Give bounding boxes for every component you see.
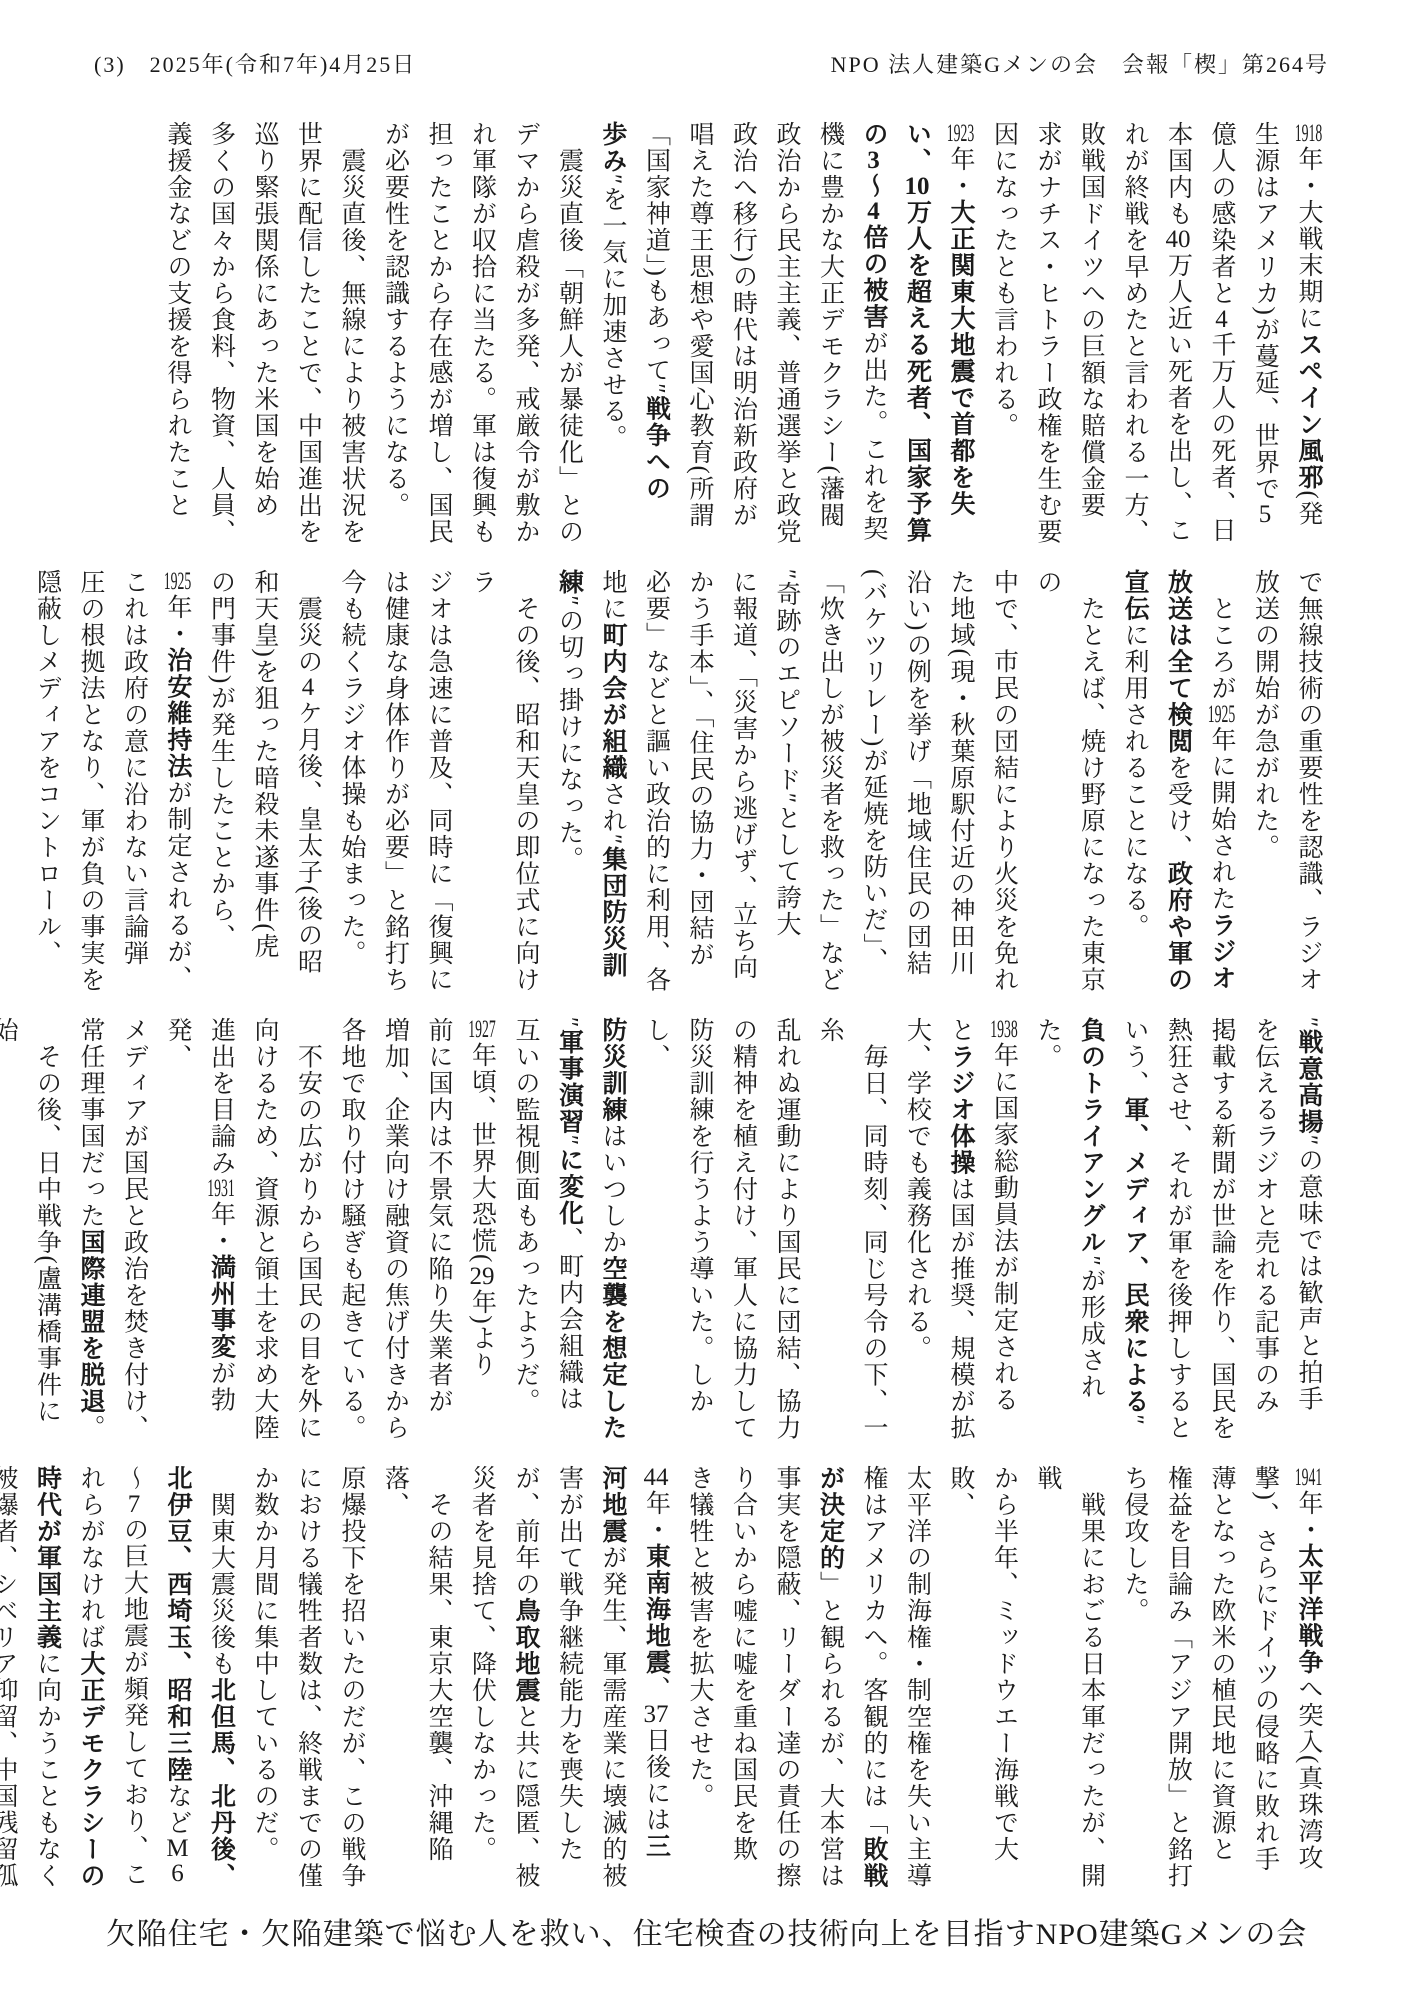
body-text: ″ <box>1295 1017 1322 1029</box>
emphasis-text: 町内会が組織 <box>599 622 626 781</box>
body-text: と <box>947 1017 974 1044</box>
text-column: 1918年・大戦末期にスペイン風邪(発 <box>1287 121 1331 545</box>
text-column: き犠牲と被害を拡大させた。 <box>678 1465 722 1889</box>
text-column: その結果、東京大空襲、沖縄陥落、 <box>373 1465 460 1889</box>
inline-number: 37 <box>643 1702 670 1727</box>
body-text: その結果、東京大空襲、沖縄陥落、 <box>382 1465 453 1863</box>
body-text: 政治へ移行)の時代は明治新政府が <box>730 121 757 528</box>
text-column: 熱狂させ、それが軍を後押しすると <box>1156 1017 1200 1441</box>
text-column: 災者を見捨て、降伏しなかった。 <box>460 1465 504 1889</box>
body-text: デマから虐殺が多発、戒厳令が敷か <box>512 121 539 545</box>
text-column: 求がナチス・ヒトラー政権を生む要 <box>1026 121 1070 545</box>
body-text: 1923年・ <box>947 121 974 199</box>
inline-number: 40 <box>1165 227 1192 252</box>
emphasis-text: 治安維持法 <box>164 647 191 780</box>
emphasis-text: 東南海地震 <box>643 1543 670 1676</box>
body-text: 義援金などの支援を得られたこと <box>164 121 191 519</box>
text-column: 1938年に国家総動員法が制定される <box>982 1017 1026 1441</box>
text-column: 政治へ移行)の時代は明治新政府が <box>721 121 765 545</box>
emphasis-text: 負のトライアングル <box>1078 1017 1105 1256</box>
body-text: は健康な身体作りが必要」と銘打ち <box>382 569 409 993</box>
article-band-2: で無線技術の重要性を認識、ラジオ放送の開始が急がれた。 ところが1925年に開始… <box>112 569 1330 993</box>
inline-number: 7 <box>121 1492 148 1517</box>
emphasis-text: 防災訓練 <box>599 1017 626 1123</box>
text-column: その後、昭和天皇の即位式に向けラ <box>460 569 547 993</box>
emphasis-text: い、10万人を超える死者、国家予算 <box>904 121 931 544</box>
body-text: 震災の4ケ月後、皇太子(後の昭 <box>295 569 322 975</box>
inline-number: 29 <box>469 1264 496 1289</box>
text-column: 進出を目論み1931年・満州事変が勃発、 <box>156 1017 243 1441</box>
inline-number: 1925 <box>164 569 191 594</box>
text-column: 宣伝に利用されることになる。 <box>1113 569 1157 993</box>
page-number-and-date: (3) 2025年(令和7年)4月25日 <box>94 48 416 79</box>
body-text: たとえば、焼け野原になった東京の <box>1034 569 1105 993</box>
text-column: 互いの監視側面もあったようだ。 <box>504 1017 548 1441</box>
text-column: 〜7の巨大地震が頻発しており、こ <box>112 1465 156 1889</box>
body-text: これは政府の意に沿わない言論弾 <box>121 569 148 967</box>
text-column: かう手本」、「住民の協力・団結が <box>678 569 722 993</box>
emphasis-text: 北伊豆、西埼玉、昭和三陸 <box>164 1465 191 1783</box>
body-text: 巡り緊張関係にあった米国を始め <box>251 121 278 519</box>
text-column: 震災直後、無線により被害状況を <box>330 121 374 545</box>
body-text: メディアが国民と政治を焚き付け、 <box>121 1017 148 1441</box>
text-column: 億人の感染者と4千万人の死者、日 <box>1200 121 1244 545</box>
emphasis-text: 軍、メディア、民衆による <box>1121 1097 1148 1415</box>
inline-number: 1927 <box>469 1017 496 1042</box>
body-text: はいつしか <box>599 1123 626 1256</box>
body-text: 進出を目論み1931年・ <box>208 1017 235 1254</box>
body-text: に報道、「災害から逃げず、立ち向 <box>730 569 757 981</box>
text-column: で無線技術の重要性を認識、ラジオ <box>1287 569 1331 993</box>
article: 1918年・大戦末期にスペイン風邪(発生源はアメリカ)が蔓延、世界で5億人の感染… <box>112 121 1330 1889</box>
text-column: 本国内も40万人近い死者を出し、こ <box>1156 121 1200 545</box>
emphasis-text: 鳥取地震 <box>512 1598 539 1704</box>
body-text: 乱れぬ運動により国民に団結、協力 <box>773 1017 800 1441</box>
newsletter-page: (3) 2025年(令和7年)4月25日 NPO 法人建築Gメンの会 会報「楔」… <box>0 0 1413 2000</box>
body-text: 億人の感染者と4千万人の死者、日 <box>1208 121 1235 544</box>
text-column: 負のトライアングル″が形成された。 <box>1026 1017 1113 1441</box>
body-text: 、町内会組織は <box>556 1226 583 1412</box>
body-text: 沿い)の例を挙げ「地域住民の団結 <box>904 569 931 976</box>
text-column: 44年・東南海地震、37日後には三 <box>634 1465 678 1889</box>
body-text: ″の切っ掛けになった。 <box>556 596 583 873</box>
body-text: 掲載する新聞が世論を作り、国民を <box>1208 1017 1235 1441</box>
article-band-4: 1941年・太平洋戦争へ突入(真珠湾攻撃)、さらにドイツの侵略に敗れ手薄となった… <box>112 1465 1330 1889</box>
text-column: が決定的」と観られるが、大本営は <box>808 1465 852 1889</box>
emphasis-text: 太平洋戦争 <box>1295 1543 1322 1676</box>
body-text: 大、学校でも義務化される。 <box>904 1017 931 1362</box>
text-column: 害が出て戦争継続能力を喪失した <box>547 1465 591 1889</box>
text-column: 敗戦国ドイツへの巨額な賠償金要 <box>1069 121 1113 545</box>
emphasis-text: 大正デモクラシーの <box>77 1651 104 1890</box>
text-column: れ軍隊が収拾に当たる。軍は復興も <box>460 121 504 545</box>
body-text: その後、昭和天皇の即位式に向けラ <box>469 569 540 993</box>
text-column: メディアが国民と政治を焚き付け、 <box>112 1017 156 1441</box>
text-column: における犠牲者数は、終戦までの僅 <box>286 1465 330 1889</box>
inline-number: 1941 <box>1295 1465 1322 1490</box>
body-text: 常任理事国だった <box>77 1017 104 1229</box>
body-text: 権益を目論み「アジア開放」と銘打 <box>1165 1465 1192 1889</box>
text-column: 歩み″を一気に加速させる。 <box>591 121 635 545</box>
text-column: 北伊豆、西埼玉、昭和三陸などM6 <box>156 1465 200 1889</box>
emphasis-text: ラジオ体操 <box>947 1044 974 1177</box>
text-column: 義援金などの支援を得られたこと <box>156 121 200 545</box>
inline-number: 1938 <box>991 1017 1018 1042</box>
emphasis-text: 満州事変 <box>208 1254 235 1360</box>
body-text: が出た。これを契 <box>860 330 887 542</box>
inline-number: 1931 <box>208 1176 235 1201</box>
text-column: 防災訓練はいつしか空襲を想定した <box>591 1017 635 1441</box>
text-column: いう、軍、メディア、民衆による″ <box>1113 1017 1157 1441</box>
text-column: 増加、企業向け融資の焦げ付きから <box>373 1017 417 1441</box>
text-column: 多くの国々から食料、物資、人員、 <box>199 121 243 545</box>
footer-slogan: 欠陥住宅・欠陥建築で悩む人を救い、住宅検査の技術向上を目指すNPO建築Gメンの会 <box>106 1918 1308 1951</box>
text-column: 今も続くラジオ体操も始まった。 <box>330 569 374 993</box>
emphasis-text: 政府や軍の <box>1165 861 1192 994</box>
body-text: 撃)、さらにドイツの侵略に敗れ手 <box>1252 1465 1279 1872</box>
body-text: 増加、企業向け融資の焦げ付きから <box>382 1017 409 1441</box>
text-column: れらがなければ大正デモクラシーの <box>69 1465 113 1889</box>
text-column: 機に豊かな大正デモクラシー(藩閥 <box>808 121 852 545</box>
emphasis-text: が決定的 <box>817 1465 844 1571</box>
text-column: 沿い)の例を挙げ「地域住民の団結 <box>895 569 939 993</box>
body-text: か数か月間に集中しているのだ。 <box>251 1465 278 1863</box>
body-text: ″ <box>556 1135 583 1147</box>
inline-number: 10 <box>904 174 931 199</box>
text-column: 放送は全て検閲を受け、政府や軍の <box>1156 569 1200 993</box>
text-column: 震災直後「朝鮮人が暴徒化」との <box>547 121 591 545</box>
body-text: 今も続くラジオ体操も始まった。 <box>338 569 365 967</box>
body-text: 政治から民主主義、普通選挙と政党 <box>773 121 800 545</box>
text-column: 大、学校でも義務化される。 <box>895 1017 939 1441</box>
text-column: 権益を目論み「アジア開放」と銘打 <box>1156 1465 1200 1889</box>
body-text: れらがなければ <box>77 1465 104 1651</box>
body-text: 世界に配信したことで、中国進出を <box>295 121 322 545</box>
body-text: 関東大震災後も <box>208 1465 235 1677</box>
text-column: 1925年・治安維持法が制定されるが、 <box>156 569 200 993</box>
body-text: 和天皇)を狙った暗殺未遂事件(虎 <box>251 569 278 960</box>
text-column: 世界に配信したことで、中国進出を <box>286 121 330 545</box>
inline-number: 1925 <box>1208 702 1235 727</box>
body-text: 地に <box>599 569 626 622</box>
body-text: ″奇跡のエピソード″として誇大 <box>773 569 800 937</box>
body-text: 1941年・ <box>1295 1465 1322 1543</box>
body-text: が必要性を認識するようになる。 <box>382 121 409 519</box>
text-column: とラジオ体操は国が推奨、規模が拡 <box>939 1017 983 1441</box>
body-text: 権はアメリカへ。客観的には「 <box>860 1465 887 1836</box>
text-column: の精神を植え付け、軍人に協力して <box>721 1017 765 1441</box>
emphasis-text: 軍事演習 <box>556 1029 583 1135</box>
text-column: 政治から民主主義、普通選挙と政党 <box>765 121 809 545</box>
body-text: 1938年に国家総動員法が制定される <box>991 1017 1018 1413</box>
text-column: その後、日中戦争(盧溝橋事件に始 <box>0 1017 69 1441</box>
emphasis-text: 三 <box>643 1833 670 1860</box>
text-column: デマから虐殺が多発、戒厳令が敷か <box>504 121 548 545</box>
body-text: と共に隠匿、被 <box>512 1704 539 1890</box>
text-column: 1941年・太平洋戦争へ突入(真珠湾攻 <box>1287 1465 1331 1889</box>
body-text: 放送の開始が急がれた。 <box>1252 569 1279 861</box>
emphasis-text: 大正関東大地震で首都を失 <box>947 199 974 517</box>
article-band-3: ″戦意高揚″の意味では歓声と拍手を伝えるラジオと売れる記事のみ掲載する新聞が世論… <box>112 1017 1330 1441</box>
body-text: などM6 <box>164 1783 191 1886</box>
body-text: 原爆投下を招いたのだが、この戦争 <box>338 1465 365 1889</box>
text-column: 時代が軍国主義に向かうこともなく <box>25 1465 69 1889</box>
body-text: が制定されるが、 <box>164 780 191 992</box>
body-text: 防災訓練を行うよう導いた。しかし、 <box>643 1017 714 1415</box>
body-text: 求がナチス・ヒトラー政権を生む要 <box>1034 121 1061 545</box>
body-text: た地域(現・秋葉原駅付近の神田川 <box>947 569 974 976</box>
emphasis-text: の3〜4倍の被害 <box>860 121 887 330</box>
text-column: 1927年頃、世界大恐慌(29年)より <box>460 1017 504 1441</box>
emphasis-text: 北但馬、北丹後、 <box>208 1677 235 1889</box>
emphasis-text: 戦意高揚 <box>1295 1029 1322 1135</box>
text-column: 毎日、同時刻、同じ号令の下、一糸 <box>808 1017 895 1441</box>
body-text: 災者を見捨て、降伏しなかった。 <box>469 1465 496 1863</box>
inline-number: 1923 <box>947 121 974 146</box>
body-text: の精神を植え付け、軍人に協力して <box>730 1017 757 1441</box>
text-column: ジオは急速に普及、同時に「復興に <box>417 569 461 993</box>
emphasis-text: 集団防災訓 <box>599 846 626 979</box>
text-column: ″戦意高揚″の意味では歓声と拍手 <box>1287 1017 1331 1441</box>
inline-number: 4 <box>860 199 887 224</box>
text-column: 各地で取り付け騒ぎも起きている。 <box>330 1017 374 1441</box>
text-column: が必要性を認識するようになる。 <box>373 121 417 545</box>
text-column: か数か月間に集中しているのだ。 <box>243 1465 287 1889</box>
body-text: ところが1925年に開始された <box>1208 569 1235 912</box>
text-column: た地域(現・秋葉原駅付近の神田川 <box>939 569 983 993</box>
text-column: 事実を隠蔽、リーダー達の責任の擦 <box>765 1465 809 1889</box>
body-text: 熱狂させ、それが軍を後押しすると <box>1165 1017 1192 1441</box>
body-text: 1927年頃、世界大恐慌(29年)より <box>469 1017 496 1378</box>
body-text: 事実を隠蔽、リーダー達の責任の擦 <box>773 1465 800 1889</box>
body-text: (発 <box>1295 491 1322 527</box>
body-text: へ突入(真珠湾攻 <box>1295 1676 1322 1871</box>
text-column: 太平洋の制海権・制空権を失い主導 <box>895 1465 939 1889</box>
body-text: 。 <box>77 1415 104 1442</box>
text-column: 必要」などと謳い政治的に利用、各 <box>634 569 678 993</box>
text-column: ち侵攻した。 <box>1113 1465 1157 1889</box>
body-text: 向けるため、資源と領土を求め大陸 <box>251 1017 278 1441</box>
body-text: 不安の広がりから国民の目を外に <box>295 1017 322 1441</box>
body-text: 圧の根拠法となり、軍が負の事実を <box>77 569 104 993</box>
text-column: 中で、市民の団結により火災を免れ <box>982 569 1026 993</box>
text-column: 練″の切っ掛けになった。 <box>547 569 591 993</box>
inline-number: 5 <box>1252 502 1279 527</box>
body-text: ジオは急速に普及、同時に「復興に <box>425 569 452 993</box>
text-column: 「国家神道」)もあって″戦争への <box>634 121 678 545</box>
body-text: 太平洋の制海権・制空権を失い主導 <box>904 1465 931 1889</box>
body-text: 「炊き出しが被災者を救った」など <box>817 569 844 993</box>
body-text: 多くの国々から食料、物資、人員、 <box>208 121 235 545</box>
body-text: 震災直後「朝鮮人が暴徒化」との <box>556 121 583 545</box>
body-text: かう手本」、「住民の協力・団結が <box>686 569 713 968</box>
body-text: 担ったことから存在感が増し、国民 <box>425 121 452 545</box>
text-column: 掲載する新聞が世論を作り、国民を <box>1200 1017 1244 1441</box>
body-text: (バケツリレー)が延焼を防いだ」、 <box>860 569 887 974</box>
body-text: 被爆者、シベリア抑留、中国残留孤 <box>0 1465 17 1889</box>
text-column: 和天皇)を狙った暗殺未遂事件(虎 <box>243 569 287 993</box>
text-column: れが終戦を早めたと言われる一方、 <box>1113 121 1157 545</box>
emphasis-text: 敗戦 <box>860 1836 887 1889</box>
emphasis-text: 練 <box>556 569 583 596</box>
text-column: の3〜4倍の被害が出た。これを契 <box>852 121 896 545</box>
text-column: 河地震が発生、軍需産業に壊滅的被 <box>591 1465 635 1889</box>
body-text: 毎日、同時刻、同じ号令の下、一糸 <box>817 1017 888 1441</box>
body-text: を受け、 <box>1165 755 1192 861</box>
body-text: 生源はアメリカ)が蔓延、世界で5 <box>1252 121 1279 527</box>
inline-number: 1918 <box>1295 121 1322 146</box>
body-text: の門事件)が発生したことから、 <box>208 569 235 950</box>
text-column: ″軍事演習″に変化、町内会組織は <box>547 1017 591 1441</box>
body-text: 震災直後、無線により被害状況を <box>338 121 365 545</box>
inline-number: 4 <box>295 675 322 700</box>
body-text: 戦果におごる日本軍だったが、開戦 <box>1034 1465 1105 1889</box>
inline-number: 3 <box>860 148 887 173</box>
inline-number: 4 <box>1208 307 1235 332</box>
body-text: 中で、市民の団結により火災を免れ <box>991 569 1018 993</box>
body-text: が発生、軍需産業に壊滅的被 <box>599 1545 626 1890</box>
inline-number: 6 <box>164 1861 191 1886</box>
emphasis-text: 歩み <box>599 121 626 174</box>
body-text: が、前年の <box>512 1465 539 1598</box>
issue-title: NPO 法人建築Gメンの会 会報「楔」第264号 <box>831 48 1329 79</box>
text-column: 圧の根拠法となり、軍が負の事実を <box>69 569 113 993</box>
text-column: 唱えた尊王思想や愛国心教育(所謂 <box>678 121 722 545</box>
text-column: たとえば、焼け野原になった東京の <box>1026 569 1113 993</box>
text-column: が、前年の鳥取地震と共に隠匿、被 <box>504 1465 548 1889</box>
text-column: 関東大震災後も北但馬、北丹後、 <box>199 1465 243 1889</box>
emphasis-text: 宣伝 <box>1121 569 1148 622</box>
emphasis-text: 戦争への <box>643 395 670 501</box>
body-text: 1925年・ <box>164 569 191 647</box>
emphasis-text: に変化 <box>556 1147 583 1227</box>
text-column: 被爆者、シベリア抑留、中国残留孤 <box>0 1465 25 1889</box>
body-text: き犠牲と被害を拡大させた。 <box>686 1465 713 1810</box>
body-text: 前に国内は不景気に陥り失業者が <box>425 1017 452 1415</box>
emphasis-text: 国際連盟を脱退 <box>77 1229 104 1415</box>
body-text: 〜7の巨大地震が頻発しており、こ <box>121 1465 148 1888</box>
emphasis-text: 空襲を想定した <box>599 1256 626 1442</box>
body-text: 、37日後には <box>643 1676 670 1834</box>
page-header: (3) 2025年(令和7年)4月25日 NPO 法人建築Gメンの会 会報「楔」… <box>0 0 1413 79</box>
body-text: 敗戦国ドイツへの巨額な賠償金要 <box>1078 121 1105 519</box>
body-text: れ軍隊が収拾に当たる。軍は復興も <box>469 121 496 545</box>
text-column: 防災訓練を行うよう導いた。しかし、 <box>634 1017 721 1441</box>
text-column: 戦果におごる日本軍だったが、開戦 <box>1026 1465 1113 1889</box>
text-column: 権はアメリカへ。客観的には「敗戦 <box>852 1465 896 1889</box>
text-column: 不安の広がりから国民の目を外に <box>286 1017 330 1441</box>
body-text: ″の意味では歓声と拍手 <box>1295 1135 1322 1412</box>
text-column: を伝えるラジオと売れる記事のみ <box>1243 1017 1287 1441</box>
text-column: 薄となった欧米の植民地に資源と <box>1200 1465 1244 1889</box>
body-text: 因になったとも言われる。 <box>991 121 1018 439</box>
article-band-1: 1918年・大戦末期にスペイン風邪(発生源はアメリカ)が蔓延、世界で5億人の感染… <box>112 121 1330 545</box>
body-text: 隠蔽しメディアをコントロール、 <box>34 569 61 967</box>
text-column: 「炊き出しが被災者を救った」など <box>808 569 852 993</box>
body-text: り合いから嘘に嘘を重ね国民を欺 <box>730 1465 757 1863</box>
body-text: に利用されることになる。 <box>1121 622 1148 940</box>
body-text: は国が推奨、規模が拡 <box>947 1176 974 1441</box>
body-text: から半年、ミッドウエー海戦で大敗、 <box>947 1465 1018 1863</box>
page-footer: 欠陥住宅・欠陥建築で悩む人を救い、住宅検査の技術向上を目指すNPO建築Gメンの会 <box>0 1909 1413 1953</box>
text-column: 因になったとも言われる。 <box>982 121 1026 545</box>
text-column: 隠蔽しメディアをコントロール、 <box>25 569 69 993</box>
body-text: 本国内も40万人近い死者を出し、こ <box>1165 121 1192 544</box>
text-column: い、10万人を超える死者、国家予算 <box>895 121 939 545</box>
text-column: これは政府の意に沿わない言論弾 <box>112 569 156 993</box>
body-text: 44年・ <box>643 1465 670 1543</box>
body-text: ″を一気に加速させる。 <box>599 174 626 451</box>
emphasis-text: スペイン風邪 <box>1295 332 1322 491</box>
text-column: から半年、ミッドウエー海戦で大敗、 <box>939 1465 1026 1889</box>
body-text: 1918年・大戦末期に <box>1295 121 1322 332</box>
text-column: は健康な身体作りが必要」と銘打ち <box>373 569 417 993</box>
body-text: に向かうこともなく <box>34 1651 61 1890</box>
text-column: 巡り緊張関係にあった米国を始め <box>243 121 287 545</box>
body-text: における犠牲者数は、終戦までの僅 <box>295 1465 322 1889</box>
body-text: 必要」などと謳い政治的に利用、各 <box>643 569 670 993</box>
text-column: 震災の4ケ月後、皇太子(後の昭 <box>286 569 330 993</box>
emphasis-text: 時代が軍国主義 <box>34 1465 61 1651</box>
body-text: ″ <box>1121 1415 1148 1427</box>
body-text: 機に豊かな大正デモクラシー(藩閥 <box>817 121 844 528</box>
inline-number: 44 <box>643 1465 670 1490</box>
text-column: 地に町内会が組織され″集団防災訓 <box>591 569 635 993</box>
body-text: ち侵攻した。 <box>1121 1465 1148 1624</box>
text-column: 前に国内は不景気に陥り失業者が <box>417 1017 461 1441</box>
body-text: を伝えるラジオと売れる記事のみ <box>1252 1017 1279 1415</box>
body-text: いう、 <box>1121 1017 1148 1097</box>
body-text: 唱えた尊王思想や愛国心教育(所謂 <box>686 121 713 528</box>
body-text: 各地で取り付け騒ぎも起きている。 <box>338 1017 365 1441</box>
body-text: 薄となった欧米の植民地に資源と <box>1208 1465 1235 1863</box>
body-text: れが終戦を早めたと言われる一方、 <box>1121 121 1148 545</box>
text-column: (バケツリレー)が延焼を防いだ」、 <box>852 569 896 993</box>
emphasis-text: 河地震 <box>599 1465 626 1545</box>
body-text: ″ <box>556 1017 583 1029</box>
inline-number: M <box>164 1836 191 1861</box>
text-column: 1923年・大正関東大地震で首都を失 <box>939 121 983 545</box>
text-column: り合いから嘘に嘘を重ね国民を欺 <box>721 1465 765 1889</box>
text-column: 放送の開始が急がれた。 <box>1243 569 1287 993</box>
body-text: その後、日中戦争(盧溝橋事件に始 <box>0 1017 61 1424</box>
body-text: で無線技術の重要性を認識、ラジオ <box>1295 569 1322 993</box>
text-column: 原爆投下を招いたのだが、この戦争 <box>330 1465 374 1889</box>
text-column: ところが1925年に開始されたラジオ <box>1200 569 1244 993</box>
text-column: ″奇跡のエピソード″として誇大 <box>765 569 809 993</box>
text-column: の門事件)が発生したことから、 <box>199 569 243 993</box>
body-text: 「国家神道」)もあって″ <box>643 121 670 395</box>
text-column: 乱れぬ運動により国民に団結、協力 <box>765 1017 809 1441</box>
text-column: 生源はアメリカ)が蔓延、世界で5 <box>1243 121 1287 545</box>
text-column: に報道、「災害から逃げず、立ち向 <box>721 569 765 993</box>
text-column: 撃)、さらにドイツの侵略に敗れ手 <box>1243 1465 1287 1889</box>
body-text: 互いの監視側面もあったようだ。 <box>512 1017 539 1415</box>
text-column: 向けるため、資源と領土を求め大陸 <box>243 1017 287 1441</box>
text-column: 担ったことから存在感が増し、国民 <box>417 121 461 545</box>
emphasis-text: ラジオ <box>1208 912 1235 992</box>
body-text: 」と観られるが、大本営は <box>817 1571 844 1889</box>
text-column: 常任理事国だった国際連盟を脱退。 <box>69 1017 113 1441</box>
body-text: 害が出て戦争継続能力を喪失した <box>556 1465 583 1863</box>
body-text: され″ <box>599 781 626 846</box>
emphasis-text: 放送は全て検閲 <box>1165 569 1192 755</box>
